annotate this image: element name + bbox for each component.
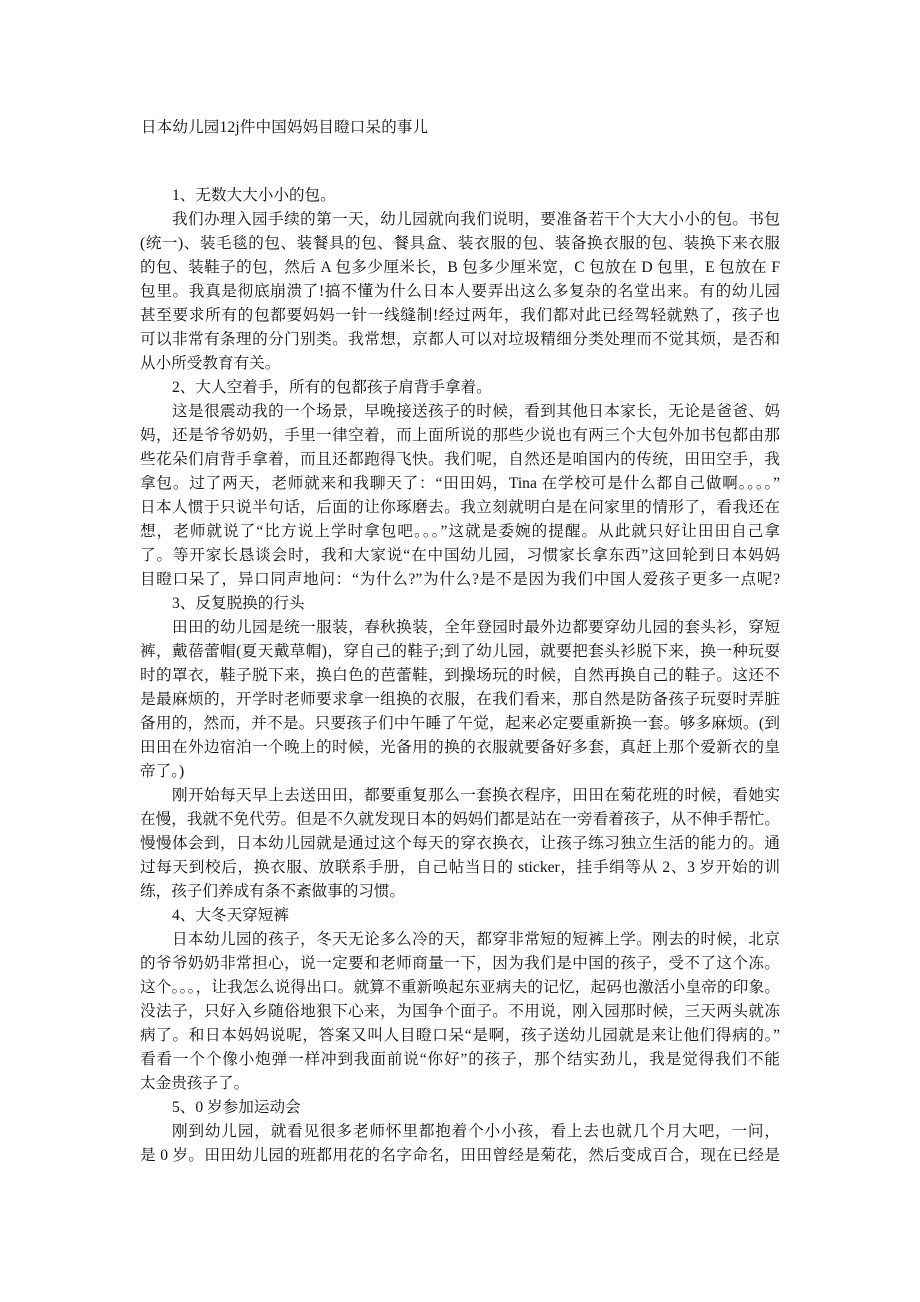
document-title: 日本幼儿园12j件中国妈妈目瞪口呆的事儿 bbox=[141, 116, 428, 140]
text-line: 4、大冬天穿短裤 bbox=[140, 904, 780, 928]
text-line: 太金贵孩子了。 bbox=[140, 1072, 780, 1096]
text-line: 日本人惯于只说半句话，后面的让你琢磨去。我立刻就明白是在问家里的情形了，看我还在 bbox=[140, 496, 780, 520]
text-line: 日本幼儿园的孩子，冬天无论多么冷的天，都穿非常短的短裤上学。刚去的时候，北京 bbox=[140, 928, 780, 952]
text-line: 1、无数大大小小的包。 bbox=[140, 184, 780, 208]
text-line: 可以非常有条理的分门别类。我常想，京都人可以对垃圾精细分类处理而不觉其烦，是否和 bbox=[140, 328, 780, 352]
text-line: 练，孩子们养成有条不紊做事的习惯。 bbox=[140, 880, 780, 904]
text-line: 帝了。) bbox=[140, 760, 780, 784]
text-line: 这个。。。，让我怎么说得出口。就算不重新唤起东亚病夫的记忆，起码也激活小皇帝的印… bbox=[140, 976, 780, 1000]
text-line: 些花朵们肩背手拿着，而且还都跑得飞快。我们呢，自然还是咱国内的传统，田田空手，我 bbox=[140, 448, 780, 472]
text-line: (统一)、装毛毯的包、装餐具的包、餐具盒、装衣服的包、装备换衣服的包、装换下来衣… bbox=[140, 232, 780, 256]
text-line: 包里。我真是彻底崩溃了!搞不懂为什么日本人要弄出这么多复杂的名堂出来。有的幼儿园 bbox=[140, 280, 780, 304]
text-line: 的包、装鞋子的包，然后 A 包多少厘米长，B 包多少厘米宽，C 包放在 D 包里… bbox=[140, 256, 780, 280]
text-line: 的爷爷奶奶非常担心，说一定要和老师商量一下，因为我们是中国的孩子，受不了这个冻。 bbox=[140, 952, 780, 976]
text-line: 看看一个个像小炮弹一样冲到我面前说“你好”的孩子，那个结实劲儿，我是觉得我们不能 bbox=[140, 1048, 780, 1072]
text-line: 拿包。过了两天，老师就来和我聊天了：“田田妈，Tina 在学校可是什么都自己做啊… bbox=[140, 472, 780, 496]
text-line: 没法子，只好入乡随俗地狠下心来，为国争个面子。不用说，刚入园那时候，三天两头就冻 bbox=[140, 1000, 780, 1024]
document-body: 1、无数大大小小的包。我们办理入园手续的第一天，幼儿园就向我们说明，要准备若干个… bbox=[140, 184, 780, 1168]
text-line: 田田在外边宿泊一个晚上的时候，光备用的换的衣服就要备好多套，真赶上那个爱新衣的皇 bbox=[140, 736, 780, 760]
text-line: 2、大人空着手，所有的包都孩子肩背手拿着。 bbox=[140, 376, 780, 400]
text-line: 甚至要求所有的包都要妈妈一针一线缝制!经过两年，我们都对此已经驾轻就熟了，孩子也 bbox=[140, 304, 780, 328]
text-line: 这是很震动我的一个场景，早晚接送孩子的时候，看到其他日本家长，无论是爸爸、妈 bbox=[140, 400, 780, 424]
text-line: 了。等开家长恳谈会时，我和大家说“在中国幼儿园，习惯家长拿东西”这回轮到日本妈妈 bbox=[140, 544, 780, 568]
text-line: 过每天到校后，换衣服、放联系手册，自己帖当日的 sticker，挂手绢等从 2、… bbox=[140, 856, 780, 880]
text-line: 3、反复脱换的行头 bbox=[140, 592, 780, 616]
text-line: 妈，还是爷爷奶奶，手里一律空着，而上面所说的那些少说也有两三个大包外加书包都由那 bbox=[140, 424, 780, 448]
text-line: 刚开始每天早上去送田田，都要重复那么一套换衣程序，田田在菊花班的时候，看她实 bbox=[140, 784, 780, 808]
text-line: 裤，戴蓓蕾帽(夏天戴草帽)，穿自己的鞋子;到了幼儿园，就要把套头衫脱下来，换一种… bbox=[140, 640, 780, 664]
text-line: 病了。和日本妈妈说呢，答案又叫人目瞪口呆“是啊，孩子送幼儿园就是来让他们得病的。… bbox=[140, 1024, 780, 1048]
text-line: 从小所受教育有关。 bbox=[140, 352, 780, 376]
text-line: 是 0 岁。田田幼儿园的班都用花的名字命名，田田曾经是菊花，然后变成百合，现在已… bbox=[140, 1144, 780, 1168]
text-line: 想，老师就说了“比方说上学时拿包吧。。。”这就是委婉的提醒。从此就只好让田田自己… bbox=[140, 520, 780, 544]
text-line: 是最麻烦的，开学时老师要求拿一组换的衣服，在我们看来，那自然是防备孩子玩耍时弄脏 bbox=[140, 688, 780, 712]
text-line: 备用的，然而，并不是。只要孩子们中午睡了午觉，起来必定要重新换一套。够多麻烦。(… bbox=[140, 712, 780, 736]
text-line: 5、0 岁参加运动会 bbox=[140, 1096, 780, 1120]
text-line: 刚到幼儿园，就看见很多老师怀里都抱着个小小孩，看上去也就几个月大吧，一问， bbox=[140, 1120, 780, 1144]
text-line: 慢慢体会到，日本幼儿园就是通过这个每天的穿衣换衣，让孩子练习独立生活的能力的。通 bbox=[140, 832, 780, 856]
text-line: 我们办理入园手续的第一天，幼儿园就向我们说明，要准备若干个大大小小的包。书包 bbox=[140, 208, 780, 232]
text-line: 田田的幼儿园是统一服装，春秋换装，全年登园时最外边都要穿幼儿园的套头衫，穿短 bbox=[140, 616, 780, 640]
text-line: 在慢，我就不免代劳。但是不久就发现日本的妈妈们都是站在一旁看着孩子，从不伸手帮忙… bbox=[140, 808, 780, 832]
document-page: 日本幼儿园12j件中国妈妈目瞪口呆的事儿 1、无数大大小小的包。我们办理入园手续… bbox=[0, 0, 920, 1302]
text-line: 目瞪口呆了，异口同声地问：“为什么?”为什么?是不是因为我们中国人爱孩子更多一点… bbox=[140, 568, 780, 592]
text-line: 时的罩衣，鞋子脱下来，换白色的芭蕾鞋，到操场玩的时候，自然再换自己的鞋子。这还不 bbox=[140, 664, 780, 688]
